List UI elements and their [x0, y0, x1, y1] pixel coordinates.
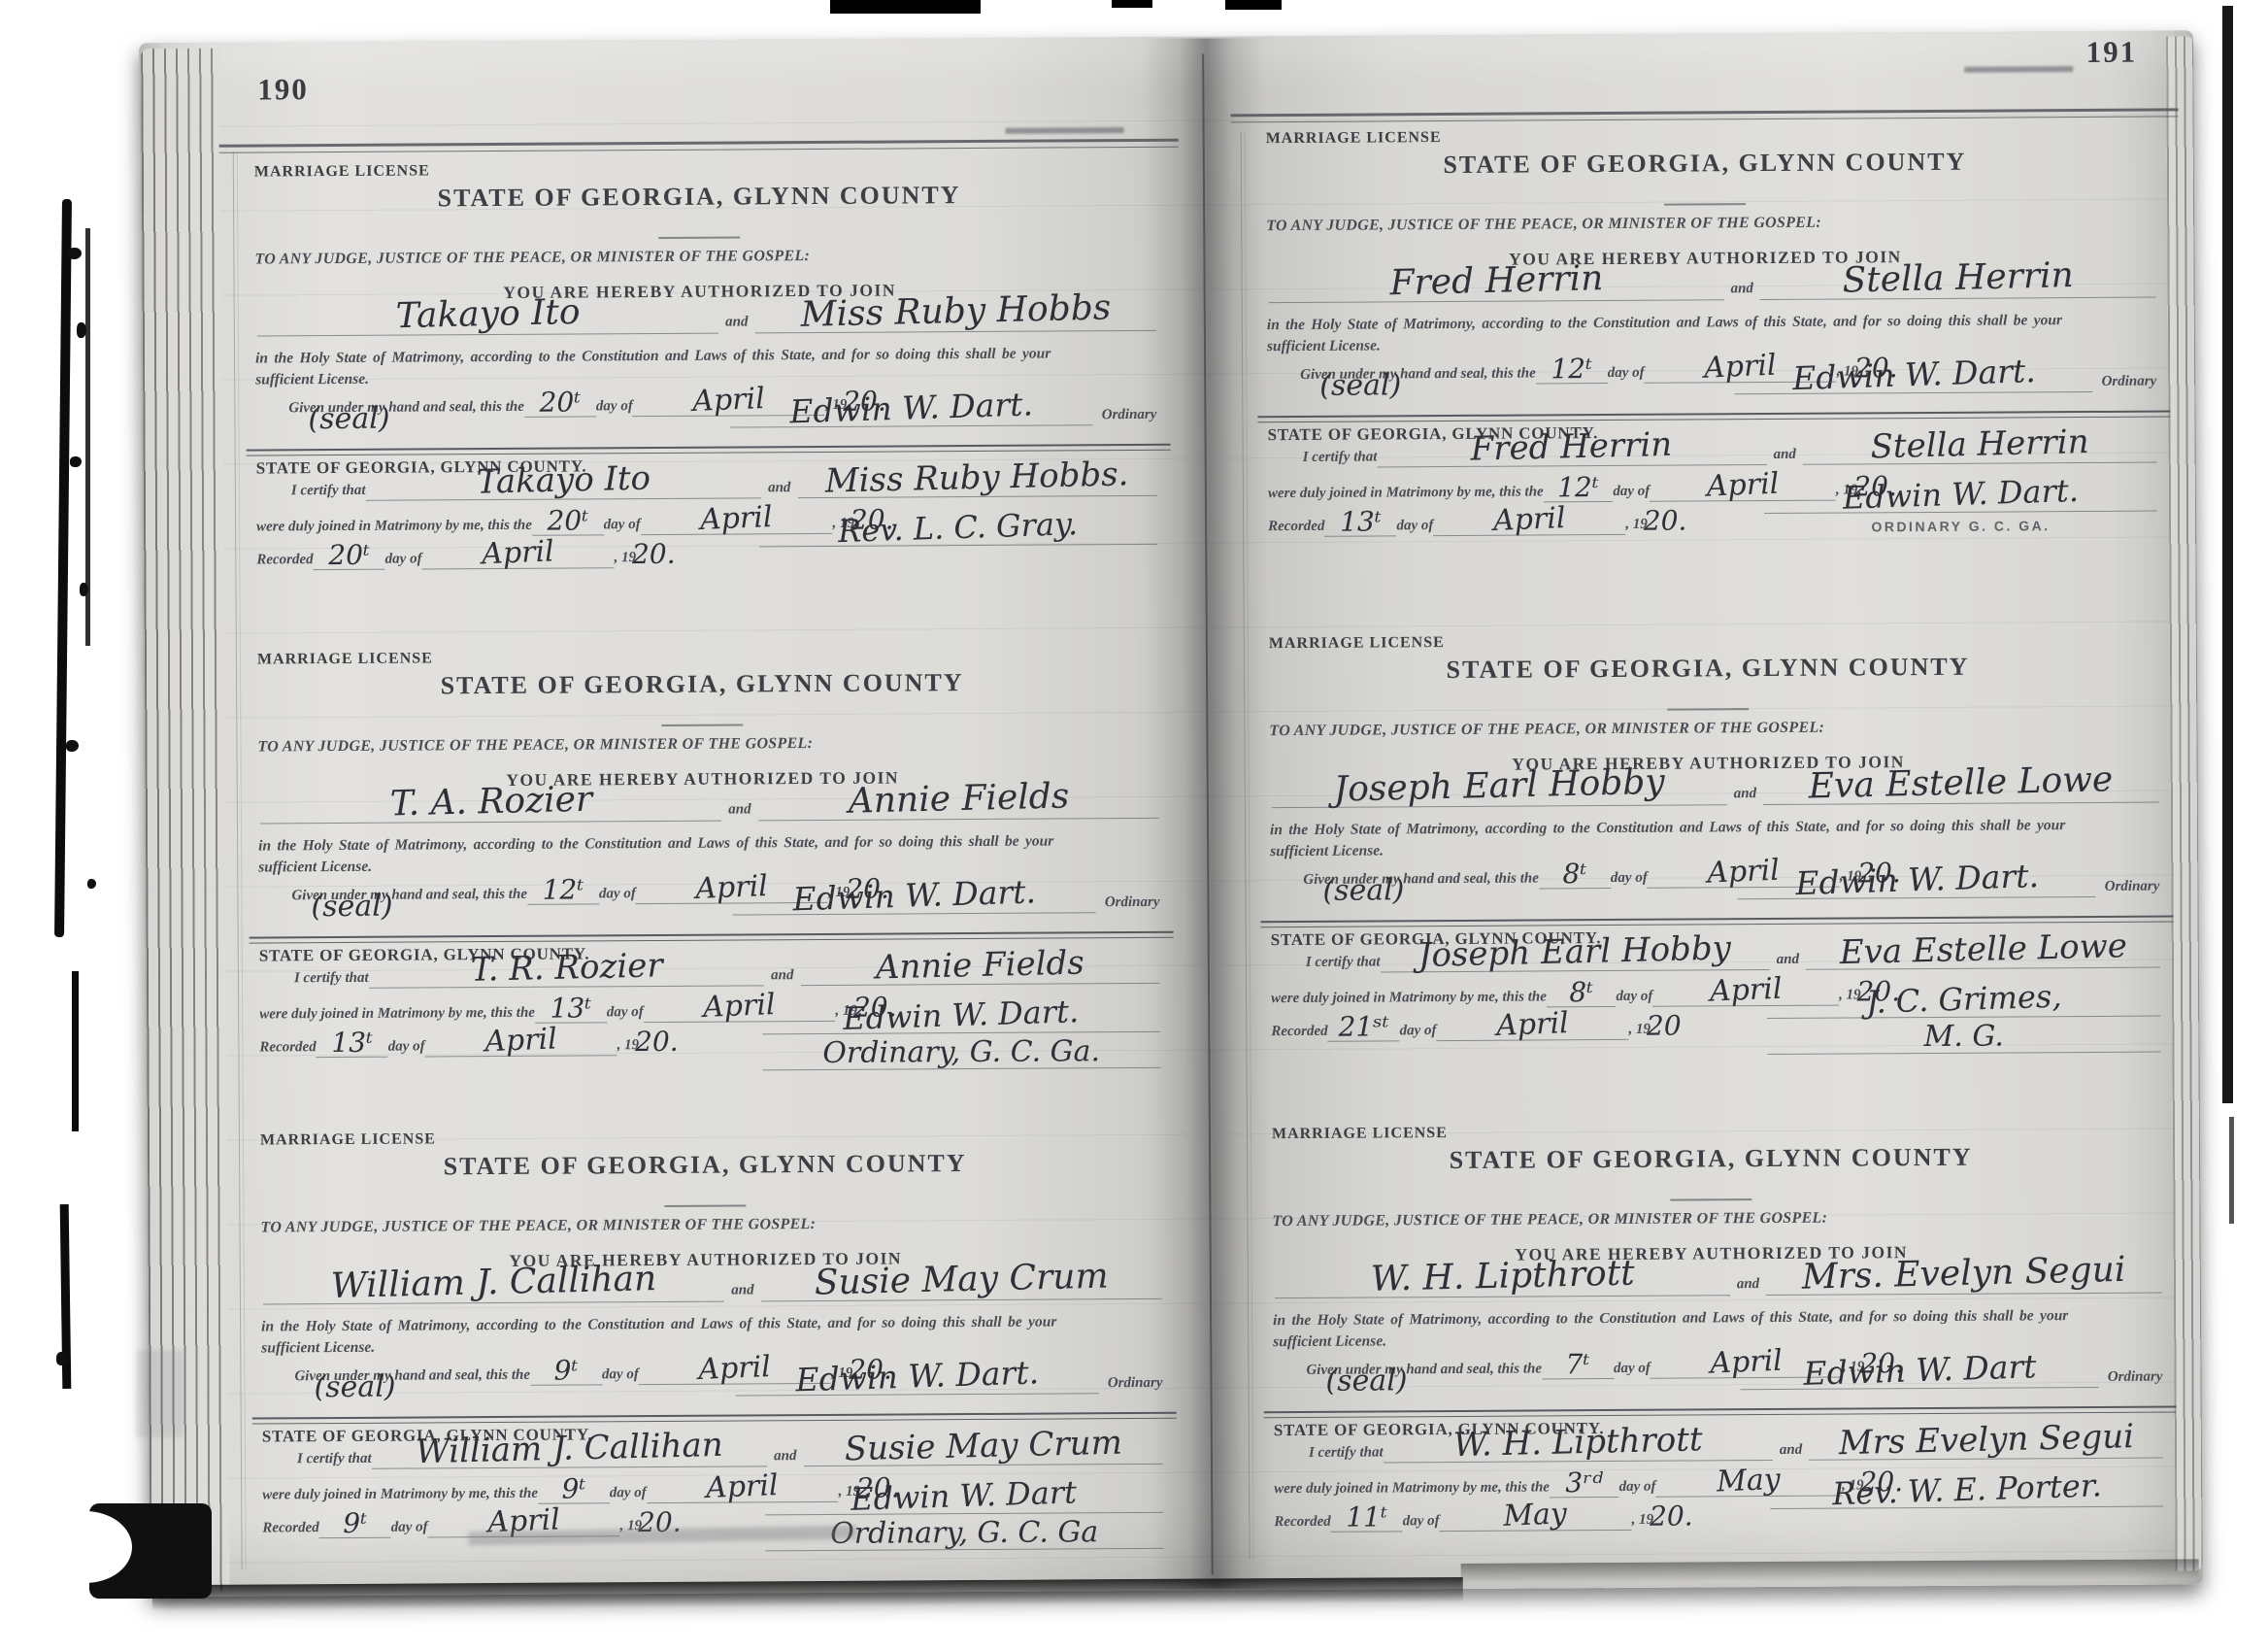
officiant-block: Rev. W. E. Porter.: [1770, 1472, 2163, 1510]
ordinary-stamp: ORDINARY G. C. GA.: [1764, 518, 2157, 535]
ordinary-label: Ordinary: [2099, 1368, 2163, 1387]
recorded-month-blank: April: [1436, 1010, 1628, 1041]
matrimony-clause: in the Holy State of Matrimony, accordin…: [1273, 1306, 2172, 1330]
groom-name: Joseph Earl Hobby: [1333, 764, 1665, 810]
matrimony-clause: in the Holy State of Matrimony, accordin…: [258, 832, 1169, 856]
heading-rule: [1664, 203, 1746, 206]
license-heading: STATE OF GEORGIA, GLYNN COUNTY: [1232, 651, 2184, 686]
officiant-signature: Edwin W. Dart: [765, 1478, 1164, 1516]
license-day: 8ᵗ: [1562, 860, 1586, 888]
bride-name-blank: Susie May Crum: [760, 1261, 1162, 1301]
day-of-label: day of: [388, 1038, 425, 1057]
day-of-label: day of: [607, 1004, 644, 1023]
cert-bride-blank: Susie May Crum: [803, 1428, 1163, 1467]
recorded-label: Recorded: [256, 552, 313, 570]
names-line: Fred Herrin and Stella Herrin: [1268, 259, 2155, 303]
cert-groom-name: William J. Callihan: [416, 1428, 724, 1471]
printer-mark-smudge: [1964, 66, 2073, 73]
recorded-year: 20: [1647, 1013, 1682, 1040]
bride-name: Stella Herrin: [1842, 257, 2074, 300]
joined-day-blank: 12ᵗ: [1544, 474, 1614, 502]
recorded-day: 21ˢᵗ: [1339, 1013, 1389, 1040]
joined-prefix: were duly joined in Matrimony by me, thi…: [1274, 1479, 1550, 1499]
scan-streak: [2222, 6, 2233, 1103]
ordinary-signature-blank: Edwin W. Dart.: [735, 1358, 1099, 1396]
cert-groom-blank: Takayo Ito: [365, 461, 761, 501]
seal-script: (seal): [308, 402, 389, 437]
section-label: MARRIAGE LICENSE: [260, 1130, 436, 1149]
recorded-month: April: [482, 537, 555, 569]
license-day: 12ᵗ: [543, 876, 584, 903]
sufficient-license-clause: sufficient License.: [261, 1339, 375, 1358]
names-line: T. A. Rozier and Annie Fields: [260, 780, 1159, 825]
cert-bride-blank: Miss Ruby Hobbs.: [797, 459, 1157, 499]
license-day-blank: 12ᵗ: [1536, 355, 1608, 384]
ordinary-label: Ordinary: [2096, 878, 2160, 896]
officiant-signature: Rev. L. C. Gray.: [759, 510, 1158, 548]
recorded-line: Recorded 13ᵗ day of April , 19 20.: [259, 1025, 762, 1058]
groom-name: Fred Herrin: [1389, 260, 1604, 303]
cert-groom-blank: William J. Callihan: [371, 1430, 767, 1469]
officiant-block: Edwin W. Dart. ORDINARY G. C. GA.: [1764, 477, 2158, 536]
recorded-line: Recorded 21ˢᵗ day of April , 19 20: [1271, 1009, 1767, 1042]
joined-prefix: were duly joined in Matrimony by me, thi…: [1271, 989, 1547, 1009]
license-day-blank: 9ᵗ: [530, 1357, 602, 1385]
groom-name: W. H. Lipthrott: [1370, 1255, 1635, 1298]
marriage-license-record: MARRIAGE LICENSE STATE OF GEORGIA, GLYNN…: [223, 1127, 1189, 1567]
officiant-signature: Rev. W. E. Porter.: [1770, 1472, 2163, 1510]
officiant-block: J. C. Grimes, M. G.: [1767, 982, 2161, 1056]
ordinary-signature-blank: Edwin W. Dart.: [1738, 861, 2096, 899]
seal-script: (seal): [311, 890, 392, 925]
license-day-blank: 20ᵗ: [524, 388, 596, 417]
page-number: 190: [257, 72, 309, 107]
day-of-label: day of: [1613, 484, 1650, 502]
salutation-line: TO ANY JUDGE, JUSTICE OF THE PEACE, OR M…: [1269, 720, 1824, 740]
day-of-label: day of: [602, 1366, 639, 1385]
cert-bride-name: Susie May Crum: [844, 1426, 1122, 1468]
printer-mark-smudge: [1006, 127, 1124, 134]
section-divider-rule: [250, 931, 1174, 944]
page-top-rule: [219, 139, 1179, 153]
recorded-day: 13ᵗ: [1340, 508, 1382, 535]
joined-prefix: were duly joined in Matrimony by me, thi…: [259, 1005, 535, 1026]
officiant-signature: Edwin W. Dart.: [762, 997, 1161, 1035]
names-line: W. H. Lipthrott and Mrs. Evelyn Segui: [1275, 1255, 2162, 1298]
bride-name: Annie Fields: [848, 778, 1069, 821]
day-of-label: day of: [1614, 1361, 1651, 1379]
scan-streak: [72, 971, 79, 1131]
day-of-label: day of: [610, 1485, 647, 1503]
joined-day-blank: 8ᵗ: [1547, 979, 1617, 1007]
recorded-month-blank: May: [1439, 1500, 1631, 1532]
section-divider-rule: [1264, 1405, 2177, 1418]
matrimony-clause: in the Holy State of Matrimony, accordin…: [261, 1313, 1172, 1336]
cert-bride-blank: Annie Fields: [800, 947, 1160, 987]
and-label: and: [1773, 1442, 1809, 1461]
groom-name: T. A. Rozier: [389, 782, 592, 825]
license-heading: STATE OF GEORGIA, GLYNN COUNTY: [1229, 146, 2181, 181]
ordinary-signature-blank: Edwin W. Dart.: [1734, 356, 2092, 394]
recorded-line: Recorded 13ᵗ day of April , 19 20.: [1268, 504, 1764, 537]
salutation-line: TO ANY JUDGE, JUSTICE OF THE PEACE, OR M…: [257, 735, 813, 756]
and-label: and: [721, 801, 757, 821]
joined-day-blank: 20ᵗ: [532, 507, 604, 535]
groom-name: Takayo Ito: [395, 294, 581, 336]
certify-line: I certify that Takayo Ito and Miss Ruby …: [291, 459, 1157, 502]
recorded-day-blank: 9ᵗ: [319, 1510, 391, 1538]
salutation-line: TO ANY JUDGE, JUSTICE OF THE PEACE, OR M…: [260, 1216, 816, 1236]
day-of-label: day of: [596, 398, 633, 417]
license-heading: STATE OF GEORGIA, GLYNN COUNTY: [223, 1148, 1186, 1183]
section-label: MARRIAGE LICENSE: [1266, 129, 1442, 148]
license-day: 9ᵗ: [554, 1358, 579, 1385]
day-of-label: day of: [604, 517, 641, 535]
recorded-day-blank: 20ᵗ: [314, 542, 385, 570]
ordinary-signature: Edwin W. Dart.: [795, 1355, 1040, 1398]
and-label: and: [764, 967, 800, 986]
names-line: William J. Callihan and Susie May Crum: [263, 1261, 1162, 1305]
scan-smudge: [136, 1350, 184, 1437]
sufficient-license-clause: sufficient License.: [1273, 1332, 1386, 1351]
and-label: and: [1727, 786, 1763, 805]
bride-name-blank: Stella Herrin: [1760, 259, 2156, 300]
ordinary-signature: Edwin W. Dart.: [1791, 354, 2036, 396]
page-top-rule: [1231, 108, 2179, 122]
joined-prefix: were duly joined in Matrimony by me, thi…: [262, 1486, 538, 1506]
ordinary-signature-blank: Edwin W. Dart: [1741, 1352, 2099, 1390]
recorded-line: Recorded 11ᵗ day of May , 19 20.: [1274, 1499, 1770, 1533]
and-label: and: [1723, 281, 1759, 300]
ordinary-signature: Edwin W. Dart: [1803, 1349, 2037, 1391]
seal-script: (seal): [1325, 1364, 1407, 1398]
section-divider-rule: [247, 444, 1171, 456]
cert-groom-blank: Fred Herrin: [1377, 428, 1766, 468]
heading-rule: [1670, 1198, 1751, 1201]
right-page: 191 MARRIAGE LICENSE STATE OF GEORGIA, G…: [1228, 32, 2189, 1582]
ordinary-signature-line: Edwin W. Dart. Ordinary: [729, 389, 1156, 427]
ordinary-signature-blank: Edwin W. Dart.: [729, 389, 1093, 427]
ordinary-signature-line: Edwin W. Dart Ordinary: [1741, 1352, 2163, 1390]
recorded-day: 9ᵗ: [343, 1510, 367, 1537]
joined-day-blank: 3ʳᵈ: [1550, 1469, 1619, 1498]
recorded-day-blank: 11ᵗ: [1331, 1503, 1403, 1532]
salutation-line: TO ANY JUDGE, JUSTICE OF THE PEACE, OR M…: [254, 248, 810, 268]
recorded-label: Recorded: [262, 1520, 318, 1538]
day-of-label: day of: [1396, 518, 1433, 536]
license-day-blank: 12ᵗ: [527, 876, 599, 904]
day-of-label: day of: [1403, 1513, 1440, 1532]
recorded-year: 20.: [1644, 508, 1687, 535]
bride-name-blank: Miss Ruby Hobbs: [754, 292, 1156, 333]
day-of-label: day of: [1611, 870, 1648, 889]
scan-notch: [39, 1511, 132, 1583]
ordinary-signature-line: Edwin W. Dart. Ordinary: [1738, 861, 2160, 899]
heading-rule: [658, 236, 740, 239]
heading-rule: [661, 724, 743, 726]
ordinary-label: Ordinary: [1093, 406, 1157, 424]
matrimony-clause: in the Holy State of Matrimony, accordin…: [1270, 816, 2169, 839]
joined-day: 9ᵗ: [561, 1475, 585, 1502]
day-of-label: day of: [1619, 1479, 1656, 1498]
ordinary-label: Ordinary: [1099, 1374, 1163, 1393]
scan-streak: [830, 0, 981, 14]
recorded-day-blank: 13ᵗ: [317, 1029, 388, 1058]
recorded-month: April: [1496, 1009, 1570, 1041]
left-page: 190 MARRIAGE LICENSE STATE OF GEORGIA, G…: [217, 53, 1189, 1594]
ordinary-signature-blank: Edwin W. Dart.: [732, 877, 1096, 915]
recorded-day: 11ᵗ: [1346, 1503, 1387, 1531]
cert-groom-name: Takayo Ito: [476, 460, 650, 501]
certify-line: I certify that T. R. Rozier and Annie Fi…: [294, 947, 1160, 990]
recorded-day-blank: 13ᵗ: [1324, 508, 1396, 536]
recorded-month: April: [484, 1025, 558, 1057]
cert-groom-blank: Joseph Earl Hobby: [1380, 933, 1769, 973]
certify-prefix: I certify that: [1306, 955, 1381, 973]
ordinary-label: Ordinary: [2092, 373, 2156, 391]
recorded-year: 20.: [1650, 1502, 1693, 1530]
license-day-blank: 8ᵗ: [1539, 860, 1611, 889]
groom-name-blank: W. H. Lipthrott: [1275, 1257, 1730, 1298]
certify-prefix: I certify that: [291, 483, 366, 501]
salutation-line: TO ANY JUDGE, JUSTICE OF THE PEACE, OR M…: [1272, 1210, 1827, 1230]
cert-bride-blank: Mrs Evelyn Segui: [1809, 1422, 2163, 1462]
certify-line: I certify that Joseph Earl Hobby and Eva…: [1306, 931, 2160, 974]
groom-name-blank: William J. Callihan: [263, 1264, 725, 1305]
scan-streak: [2229, 1117, 2234, 1224]
recorded-label: Recorded: [1274, 1514, 1330, 1533]
scan-streak: [1225, 0, 1282, 10]
joined-day: 8ᵗ: [1569, 979, 1593, 1006]
recorded-month: April: [1493, 504, 1567, 536]
matrimony-clause: in the Holy State of Matrimony, accordin…: [255, 345, 1166, 368]
joined-day-blank: 13ᵗ: [535, 994, 607, 1023]
ordinary-signature-line: Edwin W. Dart. Ordinary: [1734, 356, 2156, 394]
day-of-label: day of: [391, 1519, 428, 1537]
cert-bride-blank: Eva Estelle Lowe: [1806, 931, 2160, 971]
ordinary-signature: Edwin W. Dart.: [1794, 859, 2039, 901]
day-of-label: day of: [1608, 365, 1645, 384]
certify-prefix: I certify that: [294, 970, 369, 989]
officiant-signature: Edwin W. Dart.: [1764, 477, 2157, 515]
cert-groom-name: Joseph Earl Hobby: [1418, 930, 1732, 974]
cert-bride-name: Mrs Evelyn Segui: [1838, 1419, 2134, 1463]
bride-name: Eva Estelle Lowe: [1809, 761, 2114, 806]
joined-day: 12ᵗ: [1557, 474, 1599, 501]
cert-bride-name: Annie Fields: [876, 945, 1085, 986]
day-of-label: day of: [599, 886, 636, 904]
marriage-license-record: MARRIAGE LICENSE STATE OF GEORGIA, GLYNN…: [1235, 1120, 2189, 1561]
recorded-month: May: [1503, 1499, 1568, 1532]
recorded-year: 20.: [632, 541, 676, 568]
officiant-block: Edwin W. Dart. Ordinary, G. C. Ga.: [762, 997, 1161, 1071]
and-label: and: [724, 1282, 760, 1301]
license-day: 7ᵗ: [1566, 1351, 1590, 1378]
joined-day: 3ʳᵈ: [1565, 1469, 1603, 1497]
day-of-label: day of: [385, 551, 422, 569]
cert-groom-blank: T. R. Rozier: [368, 949, 764, 989]
day-of-label: day of: [1400, 1023, 1437, 1041]
cert-bride-name: Eva Estelle Lowe: [1839, 928, 2127, 971]
recorded-day: 20ᵗ: [328, 542, 370, 569]
section-divider-rule: [252, 1412, 1177, 1425]
joined-day: 20ᵗ: [547, 507, 588, 534]
officiant-block: Edwin W. Dart Ordinary, G. C. Ga: [765, 1478, 1164, 1552]
cert-bride-blank: Stella Herrin: [1803, 426, 2157, 466]
certify-line: I certify that W. H. Lipthrott and Mrs E…: [1309, 1422, 2163, 1465]
groom-name: William J. Callihan: [330, 1261, 656, 1306]
recorded-day-blank: 21ˢᵗ: [1328, 1013, 1400, 1041]
joined-day: 13ᵗ: [550, 994, 592, 1022]
cert-bride-name: Stella Herrin: [1870, 424, 2089, 466]
sufficient-license-clause: sufficient License.: [255, 371, 369, 389]
seal-script: (seal): [1322, 873, 1404, 908]
recorded-month-blank: April: [1433, 505, 1625, 536]
license-heading: STATE OF GEORGIA, GLYNN COUNTY: [217, 180, 1181, 215]
license-day-blank: 7ᵗ: [1542, 1351, 1614, 1379]
certify-prefix: I certify that: [1303, 450, 1378, 468]
certify-prefix: I certify that: [1309, 1445, 1384, 1464]
sufficient-license-clause: sufficient License.: [1267, 337, 1381, 355]
cert-bride-name: Miss Ruby Hobbs.: [825, 456, 1129, 500]
license-heading: STATE OF GEORGIA, GLYNN COUNTY: [220, 667, 1184, 702]
and-label: and: [761, 481, 797, 499]
joined-day-blank: 9ᵗ: [538, 1475, 610, 1503]
bride-name-blank: Annie Fields: [757, 780, 1159, 821]
cert-groom-name: T. R. Rozier: [470, 948, 663, 989]
recorded-label: Recorded: [1268, 519, 1324, 537]
section-label: MARRIAGE LICENSE: [1269, 634, 1445, 653]
ordinary-signature: Edwin W. Dart.: [792, 874, 1037, 917]
certify-prefix: I certify that: [297, 1451, 372, 1469]
bride-name: Susie May Crum: [814, 1259, 1109, 1303]
and-label: and: [1767, 447, 1803, 465]
cert-groom-blank: W. H. Lipthrott: [1383, 1424, 1772, 1464]
ordinary-signature: Edwin W. Dart.: [789, 387, 1034, 429]
recorded-day: 13ᵗ: [331, 1029, 373, 1057]
recorded-label: Recorded: [259, 1039, 316, 1058]
and-label: and: [1730, 1276, 1766, 1296]
cert-groom-name: W. H. Lipthrott: [1452, 1422, 1703, 1464]
recorded-line: Recorded 20ᵗ day of April , 19 20.: [256, 537, 759, 570]
bride-name: Miss Ruby Hobbs: [800, 289, 1111, 334]
officiant-signature: J. C. Grimes,: [1767, 982, 2160, 1020]
section-label: MARRIAGE LICENSE: [254, 162, 430, 181]
groom-name-blank: Takayo Ito: [257, 295, 719, 337]
heading-rule: [1667, 708, 1749, 711]
certify-line: I certify that William J. Callihan and S…: [297, 1428, 1163, 1470]
and-label: and: [767, 1448, 803, 1466]
bride-name-blank: Eva Estelle Lowe: [1763, 764, 2159, 805]
register-book-spread: 190 MARRIAGE LICENSE STATE OF GEORGIA, G…: [0, 0, 2268, 1651]
ordinary-signature-line: Edwin W. Dart. Ordinary: [735, 1358, 1162, 1396]
seal-script: (seal): [1319, 368, 1401, 403]
groom-name-blank: Fred Herrin: [1268, 261, 1723, 303]
section-label: MARRIAGE LICENSE: [1272, 1125, 1448, 1143]
marriage-license-record: MARRIAGE LICENSE STATE OF GEORGIA, GLYNN…: [1232, 629, 2186, 1070]
groom-name-blank: T. A. Rozier: [260, 783, 722, 825]
joined-prefix: were duly joined in Matrimony by me, thi…: [256, 518, 532, 538]
ordinary-label: Ordinary: [1096, 893, 1160, 912]
salutation-line: TO ANY JUDGE, JUSTICE OF THE PEACE, OR M…: [1266, 215, 1821, 235]
marriage-license-record: MARRIAGE LICENSE STATE OF GEORGIA, GLYNN…: [1229, 124, 2184, 565]
marriage-license-record: MARRIAGE LICENSE STATE OF GEORGIA, GLYNN…: [217, 158, 1184, 599]
matrimony-clause: in the Holy State of Matrimony, accordin…: [1267, 311, 2166, 334]
marriage-license-record: MARRIAGE LICENSE STATE OF GEORGIA, GLYNN…: [220, 646, 1186, 1087]
recorded-month-blank: April: [421, 538, 614, 569]
officiant-block: Rev. L. C. Gray.: [759, 510, 1158, 548]
section-divider-rule: [1257, 410, 2170, 422]
sufficient-license-clause: sufficient License.: [1270, 842, 1384, 860]
section-divider-rule: [1261, 915, 2174, 927]
sufficient-license-clause: sufficient License.: [258, 859, 372, 877]
ordinary-signature-line: Edwin W. Dart. Ordinary: [732, 877, 1159, 915]
license-heading: STATE OF GEORGIA, GLYNN COUNTY: [1235, 1141, 2186, 1176]
seal-script: (seal): [314, 1370, 395, 1405]
names-line: Joseph Earl Hobby and Eva Estelle Lowe: [1272, 764, 2159, 808]
section-label: MARRIAGE LICENSE: [257, 650, 433, 668]
bride-name-blank: Mrs. Evelyn Segui: [1766, 1255, 2162, 1296]
cert-groom-name: Fred Herrin: [1471, 427, 1673, 468]
officiant-title: Ordinary, G. C. Ga.: [762, 1035, 1161, 1071]
bride-name: Mrs. Evelyn Segui: [1802, 1252, 2126, 1297]
recorded-month-blank: April: [424, 1026, 617, 1057]
names-line: Takayo Ito and Miss Ruby Hobbs: [257, 292, 1156, 337]
day-of-label: day of: [1616, 989, 1652, 1007]
license-day: 12ᵗ: [1551, 355, 1592, 383]
groom-name-blank: Joseph Earl Hobby: [1272, 766, 1727, 808]
recorded-year: 20.: [635, 1028, 679, 1056]
scan-streak: [1112, 0, 1152, 8]
certify-line: I certify that Fred Herrin and Stella He…: [1303, 426, 2157, 469]
and-label: and: [1770, 952, 1806, 970]
officiant-title: M. G.: [1767, 1020, 2160, 1055]
license-day: 20ᵗ: [540, 388, 582, 416]
heading-rule: [664, 1204, 746, 1207]
joined-prefix: were duly joined in Matrimony by me, thi…: [1268, 484, 1544, 504]
page-number: 191: [2086, 35, 2138, 70]
and-label: and: [718, 314, 754, 333]
recorded-label: Recorded: [1271, 1024, 1327, 1042]
